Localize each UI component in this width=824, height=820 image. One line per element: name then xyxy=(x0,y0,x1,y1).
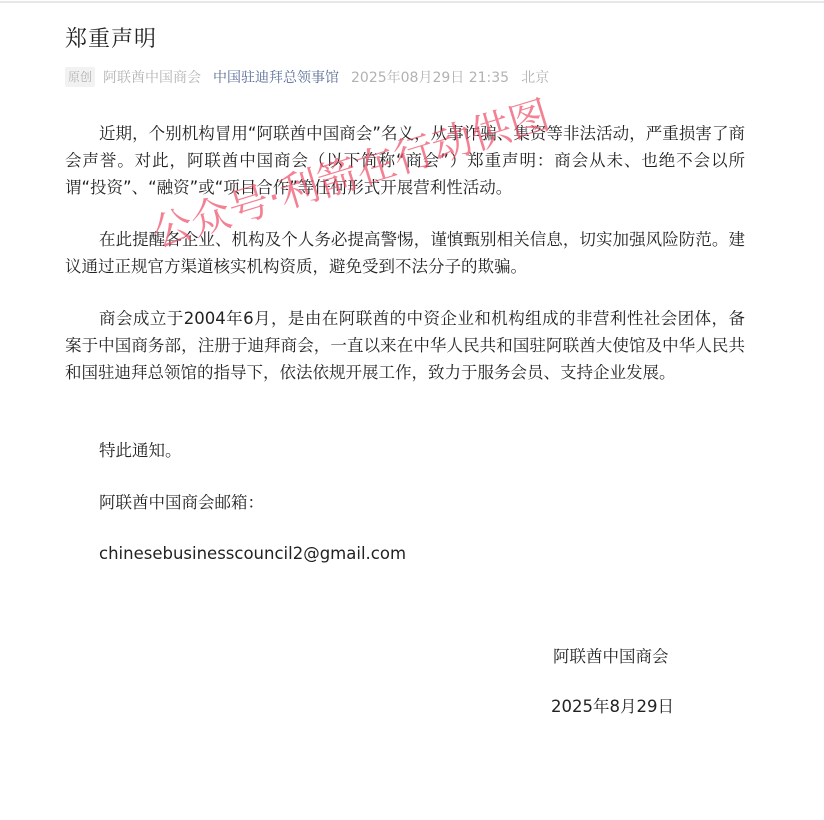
publish-location: 北京 xyxy=(521,67,549,87)
original-badge: 原创 xyxy=(65,67,95,87)
account-link[interactable]: 中国驻迪拜总领事馆 xyxy=(213,67,339,87)
publish-time: 2025年08月29日 21:35 xyxy=(351,67,509,87)
article-title: 郑重声明 xyxy=(65,26,157,54)
signature-organization: 阿联酋中国商会 xyxy=(553,643,669,670)
article-meta: 原创 阿联酋中国商会 中国驻迪拜总领事馆 2025年08月29日 21:35 北… xyxy=(65,67,549,87)
paragraph-statement: 近期，个别机构冒用“阿联酋中国商会”名义，从事诈骗、集资等非法活动，严重损害了商… xyxy=(65,120,745,201)
top-divider xyxy=(0,1,824,3)
paragraph-notice: 特此通知。 xyxy=(99,437,779,464)
signature-date: 2025年8月29日 xyxy=(551,693,674,720)
author-name: 阿联酋中国商会 xyxy=(103,67,201,87)
email-label: 阿联酋中国商会邮箱： xyxy=(99,489,779,516)
paragraph-about: 商会成立于2004年6月，是由在阿联酋的中资企业和机构组成的非营利性社会团体，备… xyxy=(65,305,745,386)
paragraph-warning: 在此提醒各企业、机构及个人务必提高警惕，谨慎甄别相关信息，切实加强风险防范。建议… xyxy=(65,226,745,280)
email-address: chinesebusinesscouncil2@gmail.com xyxy=(99,540,779,567)
